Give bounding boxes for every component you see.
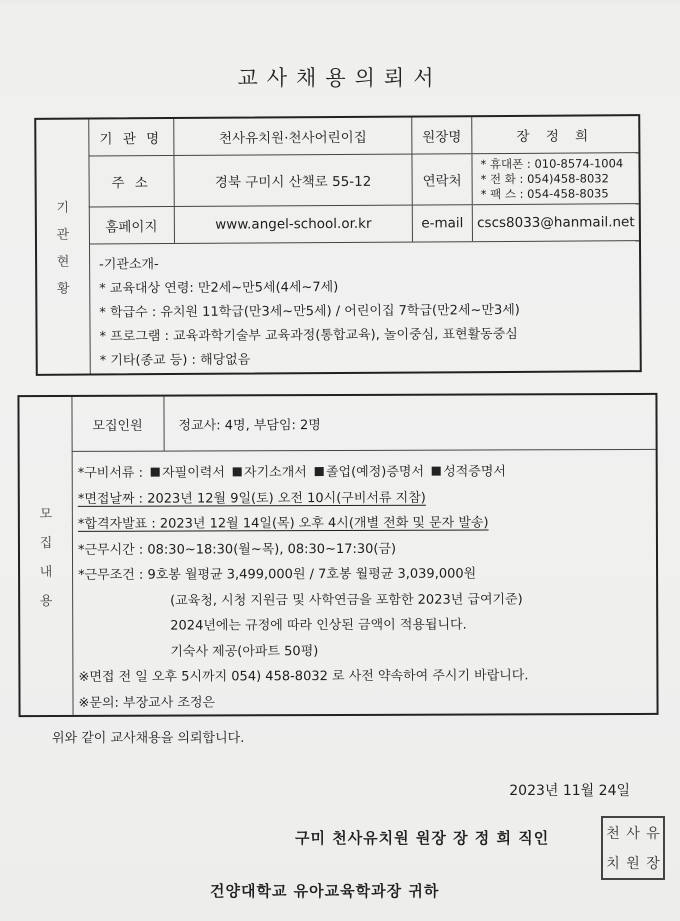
document-page: 교사채용의뢰서 기 관 현 황 기 관 명 천사유치원·천사어린이집 원장명 장…	[0, 4, 680, 921]
intro-heading: -기관소개-	[99, 250, 639, 277]
homepage-value: www.angel-school.or.kr	[175, 206, 413, 243]
checkbox-checked-icon	[233, 467, 242, 476]
director-label: 원장명	[412, 117, 472, 153]
working-conditions: *근무조건 : 9호봉 월평균 3,499,000원 / 7호봉 월평균 3,0…	[78, 561, 656, 589]
table-row-name: 기 관 명 천사유치원·천사어린이집 원장명 장 정 희	[88, 116, 638, 156]
headcount-label: 모집인원	[71, 397, 164, 451]
phone-number: * 전 화 : 054)458-8032	[481, 171, 609, 187]
intro-item: * 교육대상 연령: 만2세~만5세(4세~7세)	[99, 274, 639, 301]
official-seal-icon: 천 사 유 치 원 장	[601, 816, 665, 880]
intro-item: * 학급수 : 유치원 11학급(만3세~만5세) / 어린이집 7학급(만2세…	[99, 298, 639, 325]
contact-list: * 휴대폰 : 010-8574-1004 * 전 화 : 054)458-80…	[472, 153, 638, 204]
name-value: 천사유치원·천사어린이집	[174, 118, 412, 155]
headcount-value: 정교사: 4명, 부담임: 2명	[164, 396, 320, 451]
recruitment-section: 모 집 내 용 모집인원 정교사: 4명, 부담임: 2명 *구비서류 : 자필…	[17, 393, 658, 717]
document-date: 2023년 11월 24일	[509, 780, 630, 800]
conditions-note: (교육청, 시청 지원금 및 사학연금을 포함한 2023년 급여기준)	[78, 586, 656, 614]
recruitment-details: *구비서류 : 자필이력서 자기소개서 졸업(예정)증명서 성적증명서 *면접날…	[72, 449, 657, 716]
mobile-number: * 휴대폰 : 010-8574-1004	[480, 156, 623, 172]
announcement-date: *합격자발표 : 2023년 12월 14일(목) 오후 4시(개별 전화 및 …	[78, 510, 656, 538]
email-value: cscs8033@hanmail.net	[473, 204, 639, 241]
email-label: e-mail	[413, 205, 473, 241]
institution-table: 기 관 명 천사유치원·천사어린이집 원장명 장 정 희 주 소 경북 구미시 …	[88, 116, 639, 244]
recruitment-section-label: 모 집 내 용	[19, 397, 73, 715]
institution-section-label: 기 관 현 황	[36, 120, 91, 374]
request-statement: 위와 같이 교사채용을 의뢰합니다.	[52, 727, 244, 746]
table-row-homepage: 홈페이지 www.angel-school.or.kr e-mail cscs8…	[89, 204, 639, 244]
headcount-row: 모집인원 정교사: 4명, 부담임: 2명	[71, 395, 655, 452]
homepage-label: 홈페이지	[89, 207, 175, 244]
recipient-line: 건양대학교 유아교육학과장 귀하	[210, 880, 439, 901]
director-value: 장 정 희	[472, 116, 638, 153]
fax-number: * 팩 스 : 054-458-8035	[481, 186, 609, 202]
interview-notice: ※면접 전 일 오후 5시까지 054) 458-8032 로 사전 약속하여 …	[78, 663, 656, 691]
conditions-note: 2024년에는 규정에 따라 인상된 금액이 적용됩니다.	[78, 612, 656, 640]
name-label: 기 관 명	[88, 119, 174, 156]
table-row-address: 주 소 경북 구미시 산책로 55-12 연락처 * 휴대폰 : 010-857…	[88, 153, 638, 207]
contact-label: 연락처	[412, 154, 472, 204]
address-value: 경북 구미시 산책로 55-12	[174, 155, 412, 206]
address-label: 주 소	[88, 156, 174, 207]
checkbox-checked-icon	[151, 468, 160, 477]
document-title: 교사채용의뢰서	[0, 62, 680, 92]
working-hours: *근무시간 : 08:30~18:30(월~목), 08:30~17:30(금)	[78, 535, 656, 563]
interview-date: *면접날짜 : 2023년 12월 9일(토) 오전 10시(구비서류 지참)	[78, 484, 656, 512]
checkbox-checked-icon	[315, 467, 324, 476]
inquiry-contact: ※문의: 부장교사 조정은	[78, 688, 656, 716]
institution-intro: -기관소개- * 교육대상 연령: 만2세~만5세(4세~7세) * 학급수 :…	[89, 240, 640, 373]
conditions-note: 기숙사 제공(아파트 50평)	[78, 637, 656, 665]
intro-item: * 기타(종교 등) : 해당없음	[100, 346, 640, 373]
checkbox-checked-icon	[432, 467, 441, 476]
signer-line: 구미 천사유치원 원장 장 정 희 직인	[295, 827, 549, 848]
institution-section: 기 관 현 황 기 관 명 천사유치원·천사어린이집 원장명 장 정 희 주 소…	[34, 114, 642, 376]
required-documents: *구비서류 : 자필이력서 자기소개서 졸업(예정)증명서 성적증명서	[78, 459, 656, 487]
intro-item: * 프로그램 : 교육과학기술부 교육과정(통합교육), 놀이중심, 표현활동중…	[99, 322, 639, 349]
